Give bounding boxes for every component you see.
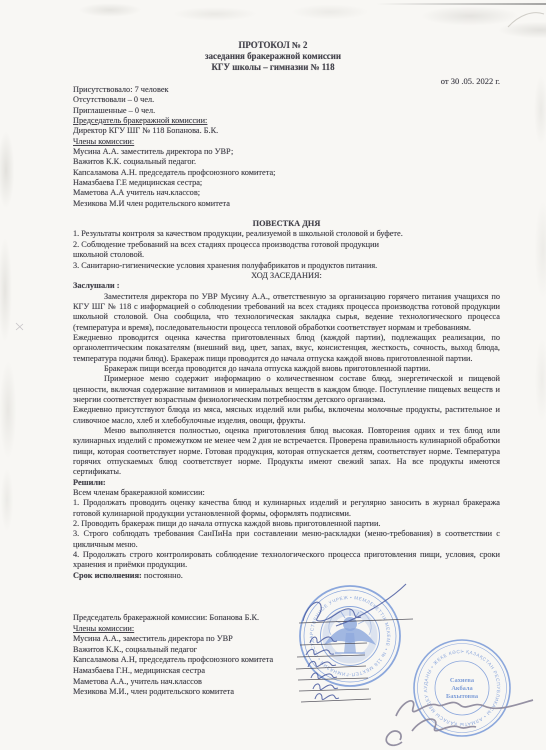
agenda-item: 3. Санитарно-гигиенические условия хране… xyxy=(73,261,500,271)
member-line: Мусина А.А. заместитель директора по УВР… xyxy=(73,147,500,157)
attendance-absent: Отсутствовали – 0 чел. xyxy=(73,95,500,105)
member-line: Намазбаева Г.Е медицинская сестра; xyxy=(73,178,500,188)
document-subtitle-1: заседания бракеражной комиссии xyxy=(73,51,473,62)
member-line: Капсаламова А.Н. председатель профсоюзно… xyxy=(73,168,500,178)
member-line: Маметова А.А учитель нач.классов; xyxy=(73,188,500,198)
agenda-item: 1. Результаты контроля за качеством прод… xyxy=(73,229,500,239)
principal-handwritten-signature xyxy=(386,700,533,745)
signature-block: Председатель бракеражной комиссии: Бопан… xyxy=(73,613,500,698)
signoff-member-line: Мусина А.А., заместитель директора по УВ… xyxy=(73,634,500,645)
heard-paragraph: Ежедневно проводится оценка качества при… xyxy=(73,333,500,364)
agenda-item-continuation: школьной столовой. xyxy=(73,250,500,260)
scanned-protocol-document: ПРОТОКОЛ № 2 заседания бракеражной комис… xyxy=(0,0,546,750)
member-line: Важитов К.К. социальный педагог. xyxy=(73,157,500,167)
decided-label: Решили: xyxy=(73,478,500,488)
decided-intro: Всем членам бракеражной комиссии: xyxy=(73,488,500,498)
member-line: Мезикова М.И член родительского комитета xyxy=(73,199,500,209)
signoff-members-heading: Члены комиссии: xyxy=(73,624,500,635)
smudge-mark xyxy=(16,323,23,330)
decision-item: 2. Проводить бракераж пищи до начала отп… xyxy=(73,519,500,529)
signoff-member-line: Важитов К.К., социальный педагог xyxy=(73,645,500,656)
decision-item: 3. Строго соблюдать требования СанПиНа п… xyxy=(73,529,500,550)
chair-heading: Председатель бракеражной комиссии: xyxy=(73,116,500,126)
deadline-label: Срок исполнения: xyxy=(73,571,142,580)
signoff-member-line: Намазбаева Г.Н., медицинская сестра xyxy=(73,666,500,677)
agenda-title: ПОВЕСТКА ДНЯ xyxy=(73,219,500,229)
spacer xyxy=(73,209,500,219)
heard-paragraph: Ежедневно присутствуют блюда из мяса, мя… xyxy=(73,405,500,426)
decision-item: 1. Продолжать проводить оценку качества … xyxy=(73,498,500,519)
signoff-chair-line: Председатель бракеражной комиссии: Бопан… xyxy=(73,613,500,624)
attendance-invited: Приглашенные – 0 чел. xyxy=(73,106,500,116)
heard-paragraph: Бракераж пищи всегда проводится до начал… xyxy=(73,364,500,374)
document-body: Присутствовало: 7 человек Отсутствовали … xyxy=(73,85,500,581)
agenda-item: 2. Соблюдение требований на всех стадиях… xyxy=(73,240,500,250)
heard-label: Заслушали : xyxy=(73,281,500,291)
session-title: ХОД ЗАСЕДАНИЯ: xyxy=(73,271,500,281)
document-title: ПРОТОКОЛ № 2 xyxy=(73,40,473,51)
heard-paragraph: Меню выполняется полностью, оценка приго… xyxy=(73,426,500,478)
attendance-present: Присутствовало: 7 человек xyxy=(73,85,500,95)
scan-edge-streak xyxy=(376,3,546,5)
members-heading: Члены комиссии: xyxy=(73,137,500,147)
chair-name-line: Директор КГУ ШГ № 118 Бопанова. Б.К. xyxy=(73,126,500,136)
signoff-member-line: Мезикова М.И., член родительского комите… xyxy=(73,687,500,698)
decision-item: 4. Продолжать строго контролировать собл… xyxy=(73,550,500,571)
signoff-member-line: Маметова А.А., учитель нач.классов xyxy=(73,677,500,688)
heard-paragraph: Примерное меню содержит информацию о кол… xyxy=(73,374,500,405)
heard-paragraph: Заместителя директора по УВР Мусину А.А.… xyxy=(73,292,500,333)
document-subtitle-2: КГУ школы – гимназии № 118 xyxy=(73,62,473,73)
signoff-member-line: Капсаламова А.Н, председатель профсоюзно… xyxy=(73,655,500,666)
document-title-block: ПРОТОКОЛ № 2 заседания бракеражной комис… xyxy=(73,40,473,72)
deadline-value: постоянно. xyxy=(142,571,183,580)
pencil-mark xyxy=(508,13,544,27)
deadline-line: Срок исполнения: постоянно. xyxy=(73,571,500,581)
